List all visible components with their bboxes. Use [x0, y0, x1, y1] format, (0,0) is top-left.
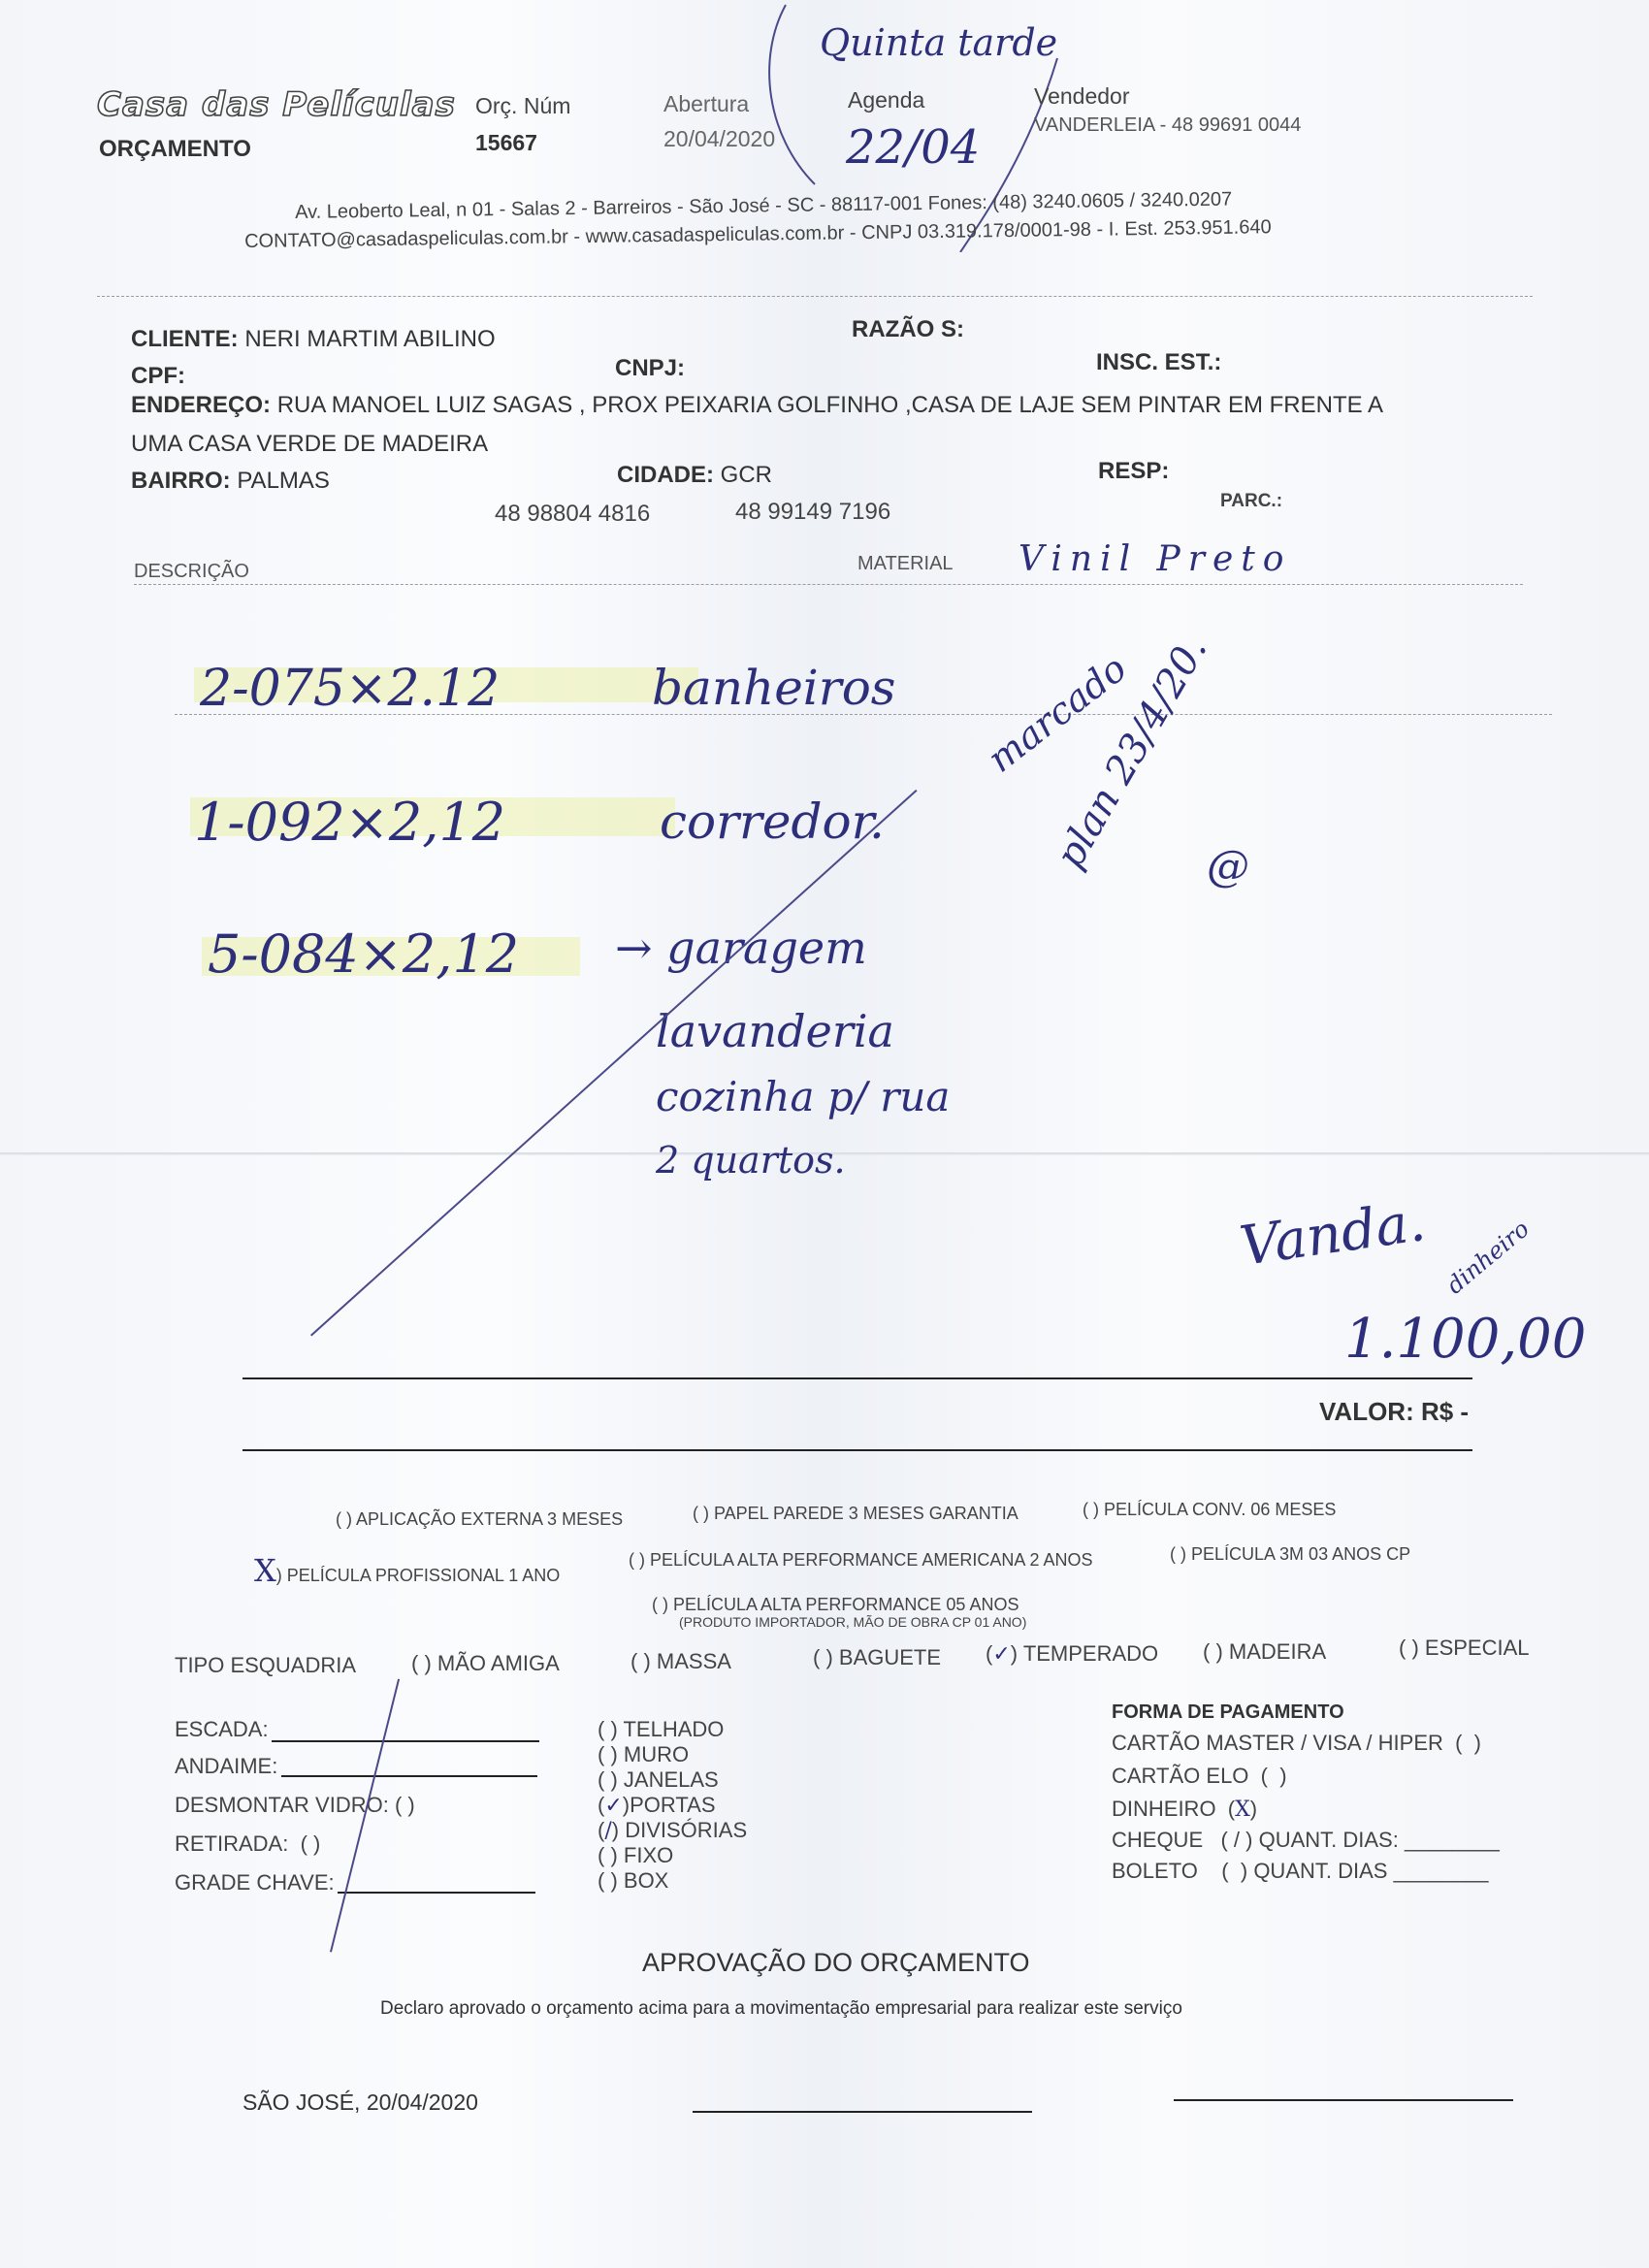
value-handwritten: 1.100,00 — [1344, 1308, 1586, 1371]
extra-room: cozinha p/ rua — [656, 1073, 950, 1120]
pagamento-boleto[interactable]: BOLETO ( ) QUANT. DIAS ________ — [1112, 1859, 1488, 1884]
endereco-line-2: UMA CASA VERDE DE MADEIRA — [131, 431, 488, 458]
aprovacao-text: Declaro aprovado o orçamento acima para … — [380, 1998, 1182, 2020]
razao-label: RAZÃO S: — [852, 316, 964, 343]
endereco-field: ENDEREÇO: RUA MANOEL LUIZ SAGAS , PROX P… — [131, 392, 1383, 419]
escada-label: ESCADA: — [175, 1717, 269, 1742]
pagamento-cartao-master[interactable]: CARTÃO MASTER / VISA / HIPER ( ) — [1112, 1731, 1481, 1756]
option-pelicula-alta-5anos-note: (PRODUTO IMPORTADOR, MÃO DE OBRA CP 01 A… — [679, 1614, 1026, 1630]
local-muro[interactable]: ( ) MURO — [598, 1742, 689, 1767]
option-aplicacao-externa[interactable]: ( ) APLICAÇÃO EXTERNA 3 MESES — [336, 1509, 623, 1530]
phone-1: 48 98804 4816 — [495, 501, 650, 528]
side-note-plan: plan 23/4/20. — [1048, 629, 1216, 876]
valor-line-top — [242, 1377, 1472, 1379]
pagamento-dinheiro[interactable]: DINHEIRO (X) — [1112, 1797, 1257, 1822]
retirada-field[interactable]: RETIRADA: ( ) — [175, 1831, 320, 1857]
value-note: dinheiro — [1441, 1215, 1535, 1300]
option-pelicula-profissional[interactable]: X) PELÍCULA PROFISSIONAL 1 ANO — [254, 1552, 560, 1589]
extra-room: lavanderia — [656, 1005, 894, 1057]
option-papel-parede[interactable]: ( ) PAPEL PAREDE 3 MESES GARANTIA — [693, 1504, 1018, 1524]
extra-room: 2 quartos. — [656, 1139, 846, 1182]
checkmark-icon: ✓ — [604, 1794, 622, 1818]
item-measure: 2-075×2.12 — [200, 660, 500, 718]
phone-2: 48 99149 7196 — [735, 499, 890, 526]
brand-logo: Casa das Películas — [97, 85, 456, 124]
esquadria-temperado[interactable]: (✓) TEMPERADO — [986, 1641, 1158, 1667]
bairro-field: BAIRRO: PALMAS — [131, 468, 330, 495]
item-room: corredor. — [660, 794, 885, 850]
signature-line-2 — [1174, 2099, 1513, 2101]
andaime-label: ANDAIME: — [175, 1754, 277, 1779]
vendedor-value: VANDERLEIA - 48 99691 0044 — [1034, 114, 1301, 137]
esquadria-massa[interactable]: ( ) MASSA — [630, 1649, 731, 1674]
item-measure: 5-084×2,12 — [208, 923, 519, 985]
cpf-label: CPF: — [131, 363, 185, 390]
local-fixo[interactable]: ( ) FIXO — [598, 1843, 673, 1868]
checkmark-x-icon: X — [254, 1552, 276, 1589]
local-divisorias[interactable]: (/) DIVISÓRIAS — [598, 1818, 747, 1843]
vendedor-label: Vendedor — [1034, 83, 1129, 110]
material-label: MATERIAL — [857, 553, 954, 575]
header-divider — [97, 296, 1533, 298]
orc-label: Orç. Núm — [475, 93, 570, 119]
material-handwritten: Vinil Preto — [1018, 539, 1291, 579]
local-box[interactable]: ( ) BOX — [598, 1868, 668, 1894]
valor-line-bottom — [242, 1449, 1472, 1451]
descricao-divider — [134, 584, 1523, 586]
aprovacao-title: APROVAÇÃO DO ORÇAMENTO — [642, 1948, 1030, 1978]
escada-line — [272, 1740, 539, 1742]
strike-line — [310, 790, 917, 1336]
andaime-line — [281, 1775, 537, 1777]
grade-chave-label: GRADE CHAVE: — [175, 1870, 335, 1895]
esquadria-baguete[interactable]: ( ) BAGUETE — [813, 1645, 941, 1670]
valor-label: VALOR: R$ - — [1319, 1397, 1469, 1427]
checkmark-x-icon: X — [1235, 1798, 1250, 1822]
option-pelicula-3m[interactable]: ( ) PELÍCULA 3M 03 ANOS CP — [1170, 1544, 1410, 1565]
abertura-label: Abertura — [663, 91, 749, 117]
orc-value: 15667 — [475, 130, 537, 156]
cnpj-label: CNPJ: — [615, 355, 685, 382]
circled-mark: @ — [1207, 842, 1249, 891]
doc-type: ORÇAMENTO — [99, 136, 251, 163]
local-janelas[interactable]: ( ) JANELAS — [598, 1767, 719, 1793]
esquadria-especial[interactable]: ( ) ESPECIAL — [1399, 1636, 1530, 1661]
insc-label: INSC. EST.: — [1096, 349, 1221, 376]
grade-line — [338, 1892, 535, 1894]
signature: Vanda. — [1236, 1190, 1429, 1279]
pagamento-cheque[interactable]: CHEQUE ( / ) QUANT. DIAS: ________ — [1112, 1828, 1500, 1853]
esquadria-madeira[interactable]: ( ) MADEIRA — [1203, 1639, 1326, 1665]
signature-line-1 — [693, 2111, 1032, 2113]
descricao-label: DESCRIÇÃO — [134, 561, 249, 583]
pagamento-cartao-elo[interactable]: CARTÃO ELO ( ) — [1112, 1764, 1287, 1789]
local-portas[interactable]: (✓)PORTAS — [598, 1793, 716, 1818]
aprovacao-place-date: SÃO JOSÉ, 20/04/2020 — [242, 2090, 478, 2116]
option-pelicula-americana[interactable]: ( ) PELÍCULA ALTA PERFORMANCE AMERICANA … — [629, 1550, 1092, 1571]
document-page: Casa das Películas ORÇAMENTO Orç. Núm 15… — [0, 0, 1649, 2268]
resp-label: RESP: — [1098, 458, 1169, 485]
pagamento-title: FORMA DE PAGAMENTO — [1112, 1701, 1344, 1724]
cliente-field: CLIENTE: NERI MARTIM ABILINO — [131, 326, 496, 353]
option-pelicula-conv[interactable]: ( ) PELÍCULA CONV. 06 MESES — [1083, 1500, 1336, 1520]
esquadria-mao-amiga[interactable]: ( ) MÃO AMIGA — [411, 1651, 560, 1676]
checkmark-icon: / — [604, 1819, 611, 1843]
checkmark-icon: ✓ — [992, 1642, 1010, 1667]
item-measure: 1-092×2,12 — [194, 792, 505, 853]
option-pelicula-alta-5anos[interactable]: ( ) PELÍCULA ALTA PERFORMANCE 05 ANOS — [652, 1595, 1018, 1615]
local-telhado[interactable]: ( ) TELHADO — [598, 1717, 724, 1742]
parc-label: PARC.: — [1220, 491, 1282, 512]
esquadria-label: TIPO ESQUADRIA — [175, 1653, 356, 1678]
desmontar-field[interactable]: DESMONTAR VIDRO: ( ) — [175, 1793, 415, 1818]
cidade-field: CIDADE: GCR — [617, 462, 772, 489]
item-room: banheiros — [652, 660, 895, 716]
